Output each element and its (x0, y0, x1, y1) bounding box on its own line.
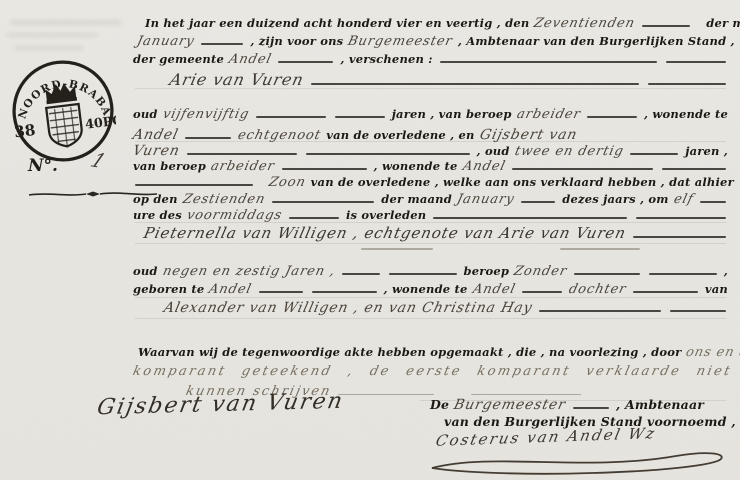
handwritten-occupation: arbeider (209, 159, 276, 174)
blank-rule (630, 153, 678, 155)
form-line-8: van beroep arbeider , wonende te Andel (133, 159, 728, 174)
printed-text: beroep (464, 264, 510, 278)
blank-rule (289, 217, 339, 219)
blank-rule (272, 201, 374, 203)
printed-text: op den (133, 192, 178, 206)
blank-rule (633, 236, 726, 238)
blank-rule (335, 116, 385, 118)
blank-rule (135, 184, 253, 186)
printed-text: , oud (477, 144, 510, 158)
handwritten-official-title: Burgemeester (347, 34, 455, 49)
handwritten-declarant2-name: Vuren (131, 143, 181, 159)
handwritten-date: Zeventienden (533, 16, 637, 31)
printed-text: Waarvan wij de tegenwoordige akte hebben… (138, 345, 681, 359)
form-line-9: Zoon van de overledene , welke aan ons v… (133, 175, 728, 190)
blank-rule (312, 291, 377, 293)
form-line-14: geboren te Andel , wonende te Andel doch… (133, 282, 728, 297)
form-line-12: Pieternella van Willigen , echtgenote va… (133, 224, 728, 242)
handwritten-death-hour: elf (672, 192, 695, 207)
handwritten-parents-names: Alexander van Willigen , en van Christin… (162, 300, 534, 316)
handwritten-relation: echtgenoot (237, 128, 323, 143)
handwritten-declarant2-name: Gijsbert van (478, 127, 579, 143)
handwritten-age: vijfenvijftig (161, 107, 251, 122)
blank-rule (342, 273, 380, 275)
printed-text: van de overledene , welke aan ons verkla… (311, 175, 734, 189)
handwritten-birthplace: Andel (208, 282, 254, 297)
handwritten-deceased-occupation: Zonder (512, 264, 568, 279)
handwritten-death-month: January (455, 192, 516, 207)
handwritten-month: January (135, 34, 196, 49)
declarant-signature: Gijsbert van Vuren (95, 389, 346, 420)
closing-line-2: komparant geteekend , de eerste komparan… (133, 364, 728, 379)
blank-rule (522, 291, 562, 293)
blank-rule (662, 168, 726, 170)
printed-text: ure des (133, 208, 182, 222)
printed-text: oud (133, 107, 158, 121)
blank-rule (573, 407, 609, 409)
blank-rule (311, 83, 639, 85)
printed-text: geboren te (133, 282, 204, 296)
blank-rule (338, 394, 434, 396)
shield-icon (46, 104, 83, 148)
printed-text: De (430, 397, 449, 412)
handwritten-residence: Andel (461, 159, 507, 174)
signature-flourish (424, 446, 736, 476)
printed-text: , Ambtenaar (616, 397, 704, 412)
printed-text: In het jaar een duizend acht honderd vie… (145, 16, 529, 30)
printed-text: is overleden (346, 208, 426, 222)
blank-rule (666, 61, 726, 63)
form-line-4: Arie van Vuren (133, 70, 728, 89)
blank-rule (471, 394, 581, 396)
handwritten-official-title: Burgemeester (452, 397, 567, 413)
printed-text: , wonende te (644, 107, 728, 121)
printed-text: , zijn voor ons (250, 34, 343, 48)
ruled-line (135, 297, 726, 298)
blank-rule (636, 217, 726, 219)
handwritten-deceased-age: negen en zestig Jaren , (161, 264, 337, 279)
handwritten-relation: dochter (567, 282, 628, 297)
printed-text: , Ambtenaar van den Burgerlijken Stand , (458, 34, 735, 48)
bleed-through-smudge (10, 20, 122, 25)
form-line-6: Andel echtgenoot van de overledene , en … (133, 127, 728, 143)
blank-rule (256, 116, 326, 118)
blank-rule (389, 273, 457, 275)
handwritten-occupation: arbeider (515, 107, 582, 122)
form-line-1: In het jaar een duizend acht honderd vie… (133, 16, 728, 31)
printed-text: der maand (381, 192, 452, 206)
blank-rule (649, 273, 717, 275)
ruled-line (135, 243, 726, 244)
blank-rule (670, 310, 726, 312)
handwritten-deceased-name: Pieternella van Willigen , echtgenote va… (142, 224, 628, 242)
form-line-10: op den Zestienden der maand January deze… (133, 192, 728, 207)
blank-rule (433, 217, 627, 219)
blank-rule (201, 43, 243, 45)
blank-rule (361, 248, 433, 250)
printed-text: der maand (706, 16, 740, 30)
stamp-value-left: 38 (13, 121, 36, 141)
form-line-2: January , zijn voor ons Burgemeester , A… (133, 34, 728, 49)
printed-text: , verschenen : (340, 52, 432, 66)
blank-rule (587, 116, 637, 118)
blank-rule (512, 168, 653, 170)
handwritten-time-of-day: voormiddags (185, 208, 283, 223)
act-number-label: N°. (28, 156, 58, 176)
blank-rule (700, 201, 726, 203)
form-line-15: Alexander van Willigen , en van Christin… (133, 300, 728, 316)
printed-text: dezes jaars , om (562, 192, 668, 206)
blank-rule (574, 273, 640, 275)
printed-text: , wonende te (374, 159, 458, 173)
printed-text: jaren , (685, 144, 728, 158)
printed-text: , (724, 264, 728, 278)
blank-rule (560, 248, 640, 250)
handwritten-declarant-name: Arie van Vuren (168, 70, 306, 89)
printed-text: jaren , van beroep (392, 107, 512, 121)
ruled-line (135, 318, 726, 319)
death-certificate-scan: NOORD-BRABAND. 38 40PC N°. 1 In het jaar… (0, 0, 740, 480)
handwritten-residence: Andel (471, 282, 517, 297)
blank-rule (282, 168, 367, 170)
blank-rule (521, 201, 555, 203)
handwritten-closing: ons en de tweede (685, 345, 740, 360)
bleed-through-smudge (6, 33, 98, 37)
printed-text: , wonende te (384, 282, 468, 296)
blank-rule (648, 83, 726, 85)
bleed-through-smudge (14, 46, 84, 50)
printed-text: der gemeente (133, 52, 224, 66)
form-line-7: Vuren , oud twee en dertig jaren , (133, 143, 728, 159)
stamp-value-right: 40PC (84, 113, 116, 132)
form-line-blank (133, 248, 728, 254)
blank-rule (306, 153, 470, 155)
handwritten-age: twee en dertig (513, 144, 625, 159)
blank-rule (539, 310, 661, 312)
blank-rule (259, 291, 303, 293)
handwritten-residence: Andel (131, 127, 180, 143)
official-line-1: De Burgemeester , Ambtenaar (430, 397, 704, 413)
handwritten-municipality: Andel (227, 52, 273, 67)
blank-rule (440, 61, 657, 63)
printed-text: oud (133, 264, 158, 278)
blank-rule (633, 291, 698, 293)
handwritten-relation: Zoon (267, 175, 307, 190)
printed-text: van beroep (133, 159, 206, 173)
blank-rule (185, 137, 231, 139)
printed-text: van de overledene , en (326, 128, 474, 142)
form-line-3: der gemeente Andel , verschenen : (133, 52, 728, 67)
closing-line-1: Waarvan wij de tegenwoordige akte hebben… (133, 345, 728, 360)
printed-text: van (705, 282, 728, 296)
blank-rule (187, 153, 297, 155)
form-line-5: oud vijfenvijftig jaren , van beroep arb… (133, 107, 728, 122)
province-stamp: NOORD-BRABAND. 38 40PC (10, 58, 116, 164)
blank-rule (278, 61, 333, 63)
handwritten-death-day: Zestienden (181, 192, 267, 207)
form-line-11: ure des voormiddags is overleden (133, 208, 728, 223)
blank-rule (642, 25, 690, 27)
handwritten-closing: komparant geteekend , de eerste komparan… (131, 364, 740, 379)
form-line-13: oud negen en zestig Jaren , beroep Zonde… (133, 264, 728, 279)
